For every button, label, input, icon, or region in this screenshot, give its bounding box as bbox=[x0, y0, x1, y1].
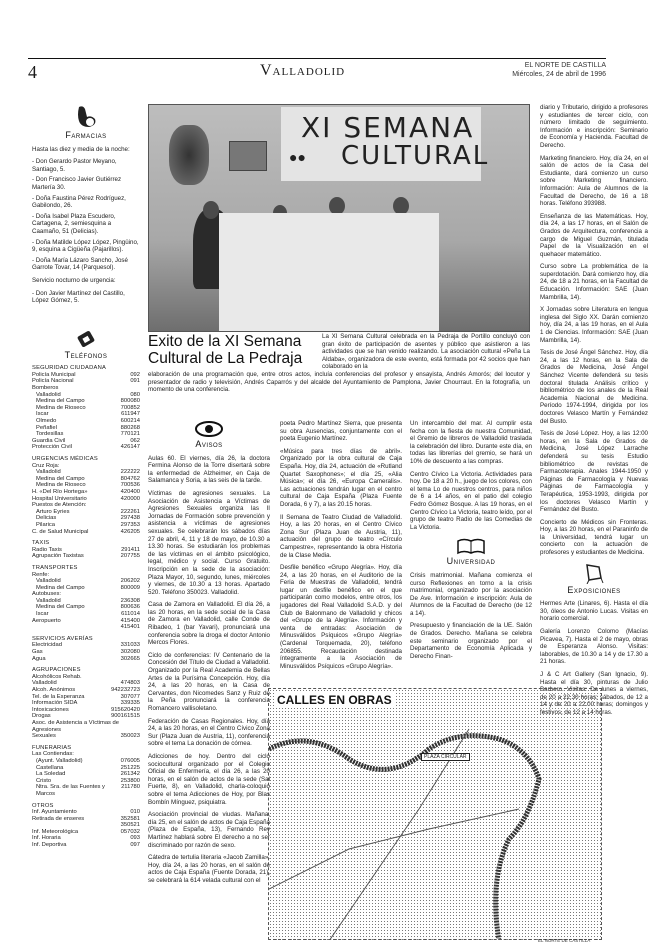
phone-number: 800080 bbox=[121, 398, 140, 405]
banner: XI SEMANA CULTURAL bbox=[281, 107, 481, 181]
phone-number: 900161515 bbox=[111, 713, 140, 720]
aviso: poeta Pedro Martínez Sierra, que present… bbox=[280, 420, 402, 443]
phone-directory: SEGURIDAD CIUDADANAPolicía Municipal092P… bbox=[32, 365, 140, 848]
pharmacy-item: - Doña María Lázaro Sancho, José Garrote… bbox=[32, 257, 140, 272]
phone-row: Policía Municipal092 bbox=[32, 372, 140, 379]
universidad-heading: Universidad bbox=[410, 558, 532, 566]
university-item: Presupuesto y financiación de la UE. Sal… bbox=[410, 622, 532, 660]
phone-label: Iscar bbox=[36, 411, 49, 418]
phone-number: 942232723 bbox=[111, 687, 140, 694]
phone-row: Cruz Roja: bbox=[32, 463, 140, 470]
phone-row: Arturo Eyries222261 bbox=[32, 509, 140, 516]
phone-group-heading: SERVICIOS AVERÍAS bbox=[32, 636, 140, 643]
story-lead: La XI Semana Cultural celebrada en la Pe… bbox=[322, 333, 530, 376]
phone-row: Electricidad331033 bbox=[32, 642, 140, 649]
phone-label: Inf. Ayuntamiento bbox=[32, 809, 77, 816]
phone-row: Hospital Universitario420000 bbox=[32, 496, 140, 503]
phone-row: Guardia Civil062 bbox=[32, 438, 140, 445]
phone-group-heading: AGRUPACIONES bbox=[32, 667, 140, 674]
phone-label: Policía Nacional bbox=[32, 378, 74, 385]
left-column: Farmacias Hasta las diez y media de la n… bbox=[32, 105, 140, 849]
phone-row: Ntra. Sra. de las Fuentes y Marcos211780 bbox=[32, 784, 140, 797]
phone-number: 474803 bbox=[121, 680, 140, 687]
phone-row: La Soledad261342 bbox=[32, 771, 140, 778]
phone-number: 251225 bbox=[121, 765, 140, 772]
phone-group-heading: TAXIS bbox=[32, 540, 140, 547]
avisos-column-1: Avisos Aulas 60. El viernes, día 26, la … bbox=[148, 420, 270, 889]
phone-row: Autobuses: bbox=[32, 591, 140, 598]
phone-label: Valladolid bbox=[32, 680, 57, 687]
phone-row: Inf. Deportiva097 bbox=[32, 842, 140, 849]
phone-group-heading: OTROS bbox=[32, 803, 140, 810]
phone-row: Valladolid080 bbox=[32, 392, 140, 399]
aviso: Un intercambio del mar. Al cumplir esta … bbox=[410, 420, 532, 466]
phone-label: Medina de Rioseco bbox=[36, 482, 86, 489]
phone-row: Medina del Campo800080 bbox=[32, 398, 140, 405]
phone-row: Alcoh. Anónimos942232723 bbox=[32, 687, 140, 694]
roadworks-map: CALLES EN OBRAS PLAZA CIRCULAR bbox=[268, 688, 602, 940]
phone-number: 770121 bbox=[121, 431, 140, 438]
pharmacy-item: - Doña Faustina Pérez Rodríguez, Gabilon… bbox=[32, 195, 140, 210]
phone-number: 093 bbox=[130, 835, 140, 842]
aviso: «Música para tres días de abril». Organi… bbox=[280, 448, 402, 509]
phone-number: 222222 bbox=[121, 469, 140, 476]
phone-row: Asoc. de Asistencia a Víctimas de Agresi… bbox=[32, 720, 140, 733]
phone-label: Medina de Rioseco bbox=[36, 405, 86, 412]
phone-label: Alcoh. Anónimos bbox=[32, 687, 75, 694]
phone-label: Asoc. de Asistencia a Víctimas de Agresi… bbox=[32, 720, 140, 733]
phone-row: Sexuales350023 bbox=[32, 733, 140, 740]
theatre-masks-icon: ●● bbox=[289, 149, 306, 165]
phone-row: Medina del Campo804762 bbox=[32, 476, 140, 483]
telephone-icon bbox=[32, 327, 140, 349]
phone-row: Tordesillas770121 bbox=[32, 431, 140, 438]
phone-row: Agrupación Taxistas207755 bbox=[32, 553, 140, 560]
phone-number: 415401 bbox=[121, 624, 140, 631]
phone-label: Castellana bbox=[36, 765, 63, 772]
phone-label: Intoxicaciones bbox=[32, 707, 69, 714]
phone-row: Drogas900161515 bbox=[32, 713, 140, 720]
pharmacy-item: - Doña Matilde López López, Pingüino, 9,… bbox=[32, 239, 140, 254]
phone-label: Delicias bbox=[36, 515, 56, 522]
phone-number: 880268 bbox=[121, 425, 140, 432]
phone-label: Valladolid bbox=[36, 469, 61, 476]
map-credit: EL NORTE DE CASTILLA bbox=[538, 938, 590, 943]
phone-label: Tordesillas bbox=[36, 431, 63, 438]
aviso: II Semana de Teatro Ciudad de Valladolid… bbox=[280, 514, 402, 560]
aviso: Asociación provincial de viudas. Mañana,… bbox=[148, 811, 270, 849]
phone-row: Medina de Rioseco700536 bbox=[32, 482, 140, 489]
notice: diario y Tributario, dirigido a profesor… bbox=[540, 104, 648, 150]
night-service-title: Servicio nocturno de urgencia: bbox=[32, 277, 140, 285]
phone-row: (Ayunt. Valladolid)076005 bbox=[32, 758, 140, 765]
phone-row: 350521 bbox=[32, 822, 140, 829]
university-item: Crisis matrimonial. Mañana comienza el c… bbox=[410, 572, 532, 618]
phone-row: Tel. de la Esperanza307077 bbox=[32, 694, 140, 701]
eye-icon bbox=[148, 420, 270, 438]
phone-row: Valladolid222222 bbox=[32, 469, 140, 476]
phone-label: Medina del Campo bbox=[36, 476, 85, 483]
phone-number: 261342 bbox=[121, 771, 140, 778]
phone-row: Policía Nacional091 bbox=[32, 378, 140, 385]
phone-label: Policía Municipal bbox=[32, 372, 76, 379]
phone-row: Alcohólicos Rehab. bbox=[32, 674, 140, 681]
aviso: Ciclo de conferencias: IV Centenario de … bbox=[148, 652, 270, 713]
phone-label: Cristo bbox=[36, 778, 51, 785]
phone-row: Las Contiendas: bbox=[32, 751, 140, 758]
phone-label: Ntra. Sra. de las Fuentes y Marcos bbox=[36, 784, 121, 797]
aviso: Federación de Casas Regionales. Hoy, día… bbox=[148, 718, 270, 748]
issue-date: Miércoles, 24 de abril de 1996 bbox=[512, 70, 606, 79]
phone-label: Arturo Eyries bbox=[36, 509, 70, 516]
phone-row: C. de Salud Municipal426205 bbox=[32, 529, 140, 536]
phone-row: Inf. Horaria093 bbox=[32, 835, 140, 842]
phone-number: 307077 bbox=[121, 694, 140, 701]
aviso: Adicciones de hoy. Dentro del ciclo soci… bbox=[148, 753, 270, 806]
phone-group-heading: SEGURIDAD CIUDADANA bbox=[32, 365, 140, 372]
phone-number: 206202 bbox=[121, 578, 140, 585]
phone-number: 350023 bbox=[121, 733, 140, 740]
phone-number: 097 bbox=[130, 842, 140, 849]
farmacias-intro: Hasta las diez y media de la noche: bbox=[32, 146, 140, 154]
phone-label: Hospital Universitario bbox=[32, 496, 87, 503]
pharmacy-item: - Doña Isabel Plaza Escudero, Cartagena,… bbox=[32, 213, 140, 236]
right-column: diario y Tributario, dirigido a profesor… bbox=[540, 104, 648, 722]
event-photo: XI SEMANA CULTURAL ●● bbox=[148, 104, 530, 332]
notice: X Jornadas sobre Literatura en lengua in… bbox=[540, 306, 648, 344]
pharmacy-item: - Don Francisco Javier Gutiérrez Marterí… bbox=[32, 176, 140, 191]
phone-label: Olmedo bbox=[36, 418, 56, 425]
phone-label: Bomberos bbox=[32, 385, 58, 392]
banner-line-1: XI SEMANA bbox=[301, 111, 474, 144]
exposiciones-heading: Exposiciones bbox=[540, 587, 648, 595]
phone-row: Valladolid474803 bbox=[32, 680, 140, 687]
farmacias-heading: Farmacias bbox=[32, 132, 140, 140]
story-headline: Exito de la XI Semana Cultural de La Ped… bbox=[148, 333, 318, 367]
phone-number: 600214 bbox=[121, 418, 140, 425]
exhibition-item: Hermes Arte (Linares, 6). Hasta el día 3… bbox=[540, 600, 648, 623]
phone-number: 057032 bbox=[121, 829, 140, 836]
phone-number: 611947 bbox=[121, 411, 140, 418]
notice: Tesis de José Ángel Sánchez. Hoy, día 24… bbox=[540, 349, 648, 425]
phone-label: Cruz Roja: bbox=[32, 463, 59, 470]
notice: Curso sobre La problemática de la superd… bbox=[540, 263, 648, 301]
notice: Enseñanza de las Matemáticas. Hoy, día 2… bbox=[540, 213, 648, 259]
phone-row: Valladolid236308 bbox=[32, 598, 140, 605]
phone-label: C. de Salud Municipal bbox=[32, 529, 88, 536]
phone-number: 426147 bbox=[121, 444, 140, 451]
page-number: 4 bbox=[28, 62, 37, 83]
aviso: Desfile benéfico «Grupo Alegría». Hoy, d… bbox=[280, 564, 402, 670]
phone-label: Las Contiendas: bbox=[32, 751, 74, 758]
phone-number: 222261 bbox=[121, 509, 140, 516]
phone-row: Retirada de enseres352581 bbox=[32, 816, 140, 823]
phone-label: Autobuses: bbox=[32, 591, 61, 598]
phone-group-heading: TRANSPORTES bbox=[32, 565, 140, 572]
phone-label: Peñafiel bbox=[36, 425, 57, 432]
aviso: Aulas 60. El viernes, día 26, la doctora… bbox=[148, 455, 270, 485]
phone-label: La Soledad bbox=[36, 771, 65, 778]
masthead: EL NORTE DE CASTILLA Miércoles, 24 de ab… bbox=[512, 61, 606, 79]
phone-number: 415400 bbox=[121, 618, 140, 625]
phone-label: Medina del Campo bbox=[36, 604, 85, 611]
phone-label: Agua bbox=[32, 656, 46, 663]
header-rule bbox=[28, 58, 606, 59]
phone-label: Inf. Horaria bbox=[32, 835, 61, 842]
phone-row: Medina de Rioseco700852 bbox=[32, 405, 140, 412]
phone-label: Medina del Campo bbox=[36, 398, 85, 405]
phone-label: Valladolid bbox=[36, 578, 61, 585]
avisos-column-2: poeta Pedro Martínez Sierra, que present… bbox=[280, 420, 402, 675]
phone-number: 804762 bbox=[121, 476, 140, 483]
phone-row: Agua302665 bbox=[32, 656, 140, 663]
section-title: Valladolid bbox=[260, 62, 345, 80]
map-title: CALLES EN OBRAS bbox=[275, 693, 394, 707]
phone-number: 010 bbox=[130, 809, 140, 816]
telefonos-heading: Teléfonos bbox=[32, 352, 140, 360]
notice: Marketing financiero. Hoy, día 24, en el… bbox=[540, 155, 648, 208]
aviso: Cátedra de tertulia literaria «Jacob Zam… bbox=[148, 854, 270, 884]
phone-number: 426205 bbox=[121, 529, 140, 536]
phone-label: Valladolid bbox=[36, 598, 61, 605]
phone-label: Valladolid bbox=[36, 392, 61, 399]
phone-label: Sexuales bbox=[32, 733, 56, 740]
phone-row: Valladolid206202 bbox=[32, 578, 140, 585]
phone-label: Tel. de la Esperanza bbox=[32, 694, 85, 701]
phone-number: 207755 bbox=[121, 553, 140, 560]
phone-row: Olmedo600214 bbox=[32, 418, 140, 425]
phone-label: Iscar bbox=[36, 611, 49, 618]
phone-row: Puestos de Atención: bbox=[32, 502, 140, 509]
phone-row: Iscar611014 bbox=[32, 611, 140, 618]
phone-label: Pilarica bbox=[36, 522, 55, 529]
phone-row: Cristo253800 bbox=[32, 778, 140, 785]
phone-number: 253800 bbox=[121, 778, 140, 785]
phone-row: Medina del Campo800636 bbox=[32, 604, 140, 611]
phone-row: Aeropuerto415400 bbox=[32, 618, 140, 625]
phone-label: Radio Taxis bbox=[32, 547, 62, 554]
notice: Concierto de Médicos sin Fronteras. Hoy,… bbox=[540, 519, 648, 557]
phone-label: H. «Del Río Hortega» bbox=[32, 489, 87, 496]
phone-label: Electricidad bbox=[32, 642, 62, 649]
phone-row: Castellana251225 bbox=[32, 765, 140, 772]
phone-label: Guardia Civil bbox=[32, 438, 65, 445]
picture-frame bbox=[229, 141, 267, 171]
phone-number: 915620420 bbox=[111, 707, 140, 714]
phone-number: 211780 bbox=[121, 784, 140, 797]
phone-number: 062 bbox=[130, 438, 140, 445]
phone-number: 700536 bbox=[121, 482, 140, 489]
phone-number: 350521 bbox=[121, 822, 140, 829]
phone-row: Inf. Ayuntamiento010 bbox=[32, 809, 140, 816]
phone-number: 352581 bbox=[121, 816, 140, 823]
phone-group-heading: URGENCIAS MÉDICAS bbox=[32, 456, 140, 463]
pharmacy-icon bbox=[32, 105, 140, 129]
phone-number: 302665 bbox=[121, 656, 140, 663]
phone-label: Medina del Campo bbox=[36, 585, 85, 592]
phone-row: Inf. Meteorológica057032 bbox=[32, 829, 140, 836]
phone-row: 415401 bbox=[32, 624, 140, 631]
phone-number: 080 bbox=[130, 392, 140, 399]
phone-row: Peñafiel880268 bbox=[32, 425, 140, 432]
map-label: PLAZA CIRCULAR bbox=[421, 753, 470, 761]
aviso: Centro Cívico La Victoria. Actividades p… bbox=[410, 471, 532, 532]
open-book-icon bbox=[410, 537, 532, 555]
phone-label: Información SIDA bbox=[32, 700, 77, 707]
phone-number: 611014 bbox=[121, 611, 140, 618]
phone-row: Pilarica297353 bbox=[32, 522, 140, 529]
phone-row: H. «Del Río Hortega»420400 bbox=[32, 489, 140, 496]
avisos-column-3: Un intercambio del mar. Al cumplir esta … bbox=[410, 420, 532, 665]
phone-row: Información SIDA339335 bbox=[32, 700, 140, 707]
aviso: Víctimas de agresiones sexuales. La Asoc… bbox=[148, 490, 270, 596]
exhibition-item: Galería Lorenzo Colomo (Macías Picavea, … bbox=[540, 628, 648, 666]
phone-number: 091 bbox=[130, 378, 140, 385]
aviso: Casa de Zamora en Valladolid. El día 26,… bbox=[148, 601, 270, 647]
phone-number: 297438 bbox=[121, 515, 140, 522]
phone-label: Inf. Deportiva bbox=[32, 842, 66, 849]
pharmacy-item: - Don Gerardo Pastor Meyano, Santiago, 5… bbox=[32, 158, 140, 173]
phone-row: Intoxicaciones915620420 bbox=[32, 707, 140, 714]
phone-row: Gas302080 bbox=[32, 649, 140, 656]
phone-row: Medina del Campo800009 bbox=[32, 585, 140, 592]
phone-label: (Ayunt. Valladolid) bbox=[36, 758, 83, 765]
phone-number: 800009 bbox=[121, 585, 140, 592]
table-cloth bbox=[219, 213, 439, 332]
phone-label: Inf. Meteorológica bbox=[32, 829, 78, 836]
phone-number: 302080 bbox=[121, 649, 140, 656]
phone-row: Iscar611947 bbox=[32, 411, 140, 418]
phone-label: Agrupación Taxistas bbox=[32, 553, 84, 560]
phone-label: Aeropuerto bbox=[32, 618, 61, 625]
phone-row: Radio Taxis291411 bbox=[32, 547, 140, 554]
phone-label: Renfe: bbox=[32, 572, 49, 579]
river-icon bbox=[269, 689, 602, 940]
story-continuation: elaboración de una programación que, ent… bbox=[148, 371, 530, 399]
phone-number: 339335 bbox=[121, 700, 140, 707]
easel-icon bbox=[540, 562, 648, 584]
phone-group-heading: FUNERARIAS bbox=[32, 745, 140, 752]
newspaper-name: EL NORTE DE CASTILLA bbox=[512, 61, 606, 70]
phone-label: Drogas bbox=[32, 713, 51, 720]
banner-line-2: CULTURAL bbox=[341, 141, 489, 171]
phone-number: 076005 bbox=[121, 758, 140, 765]
phone-number: 297353 bbox=[121, 522, 140, 529]
phone-row: Renfe: bbox=[32, 572, 140, 579]
phone-label: Puestos de Atención: bbox=[32, 502, 86, 509]
phone-number: 800636 bbox=[121, 604, 140, 611]
phone-label: Retirada de enseres bbox=[32, 816, 84, 823]
phone-row: Protección Civil426147 bbox=[32, 444, 140, 451]
phone-number: 420000 bbox=[121, 496, 140, 503]
phone-number: 420400 bbox=[121, 489, 140, 496]
phone-row: Delicias297438 bbox=[32, 515, 140, 522]
notice: Tesis de José López. Hoy, a las 12:00 ho… bbox=[540, 430, 648, 514]
phone-number: 331033 bbox=[121, 642, 140, 649]
phone-number: 291411 bbox=[121, 547, 140, 554]
phone-label: Alcohólicos Rehab. bbox=[32, 674, 82, 681]
phone-label: Gas bbox=[32, 649, 43, 656]
phone-number: 236308 bbox=[121, 598, 140, 605]
phone-number: 700852 bbox=[121, 405, 140, 412]
phone-number: 092 bbox=[130, 372, 140, 379]
phone-label: Protección Civil bbox=[32, 444, 72, 451]
plant bbox=[169, 125, 209, 185]
night-pharmacy-item: - Don Javier Martínez del Castillo, Lópe… bbox=[32, 290, 140, 305]
phone-row: Bomberos bbox=[32, 385, 140, 392]
avisos-heading: Avisos bbox=[148, 441, 270, 449]
